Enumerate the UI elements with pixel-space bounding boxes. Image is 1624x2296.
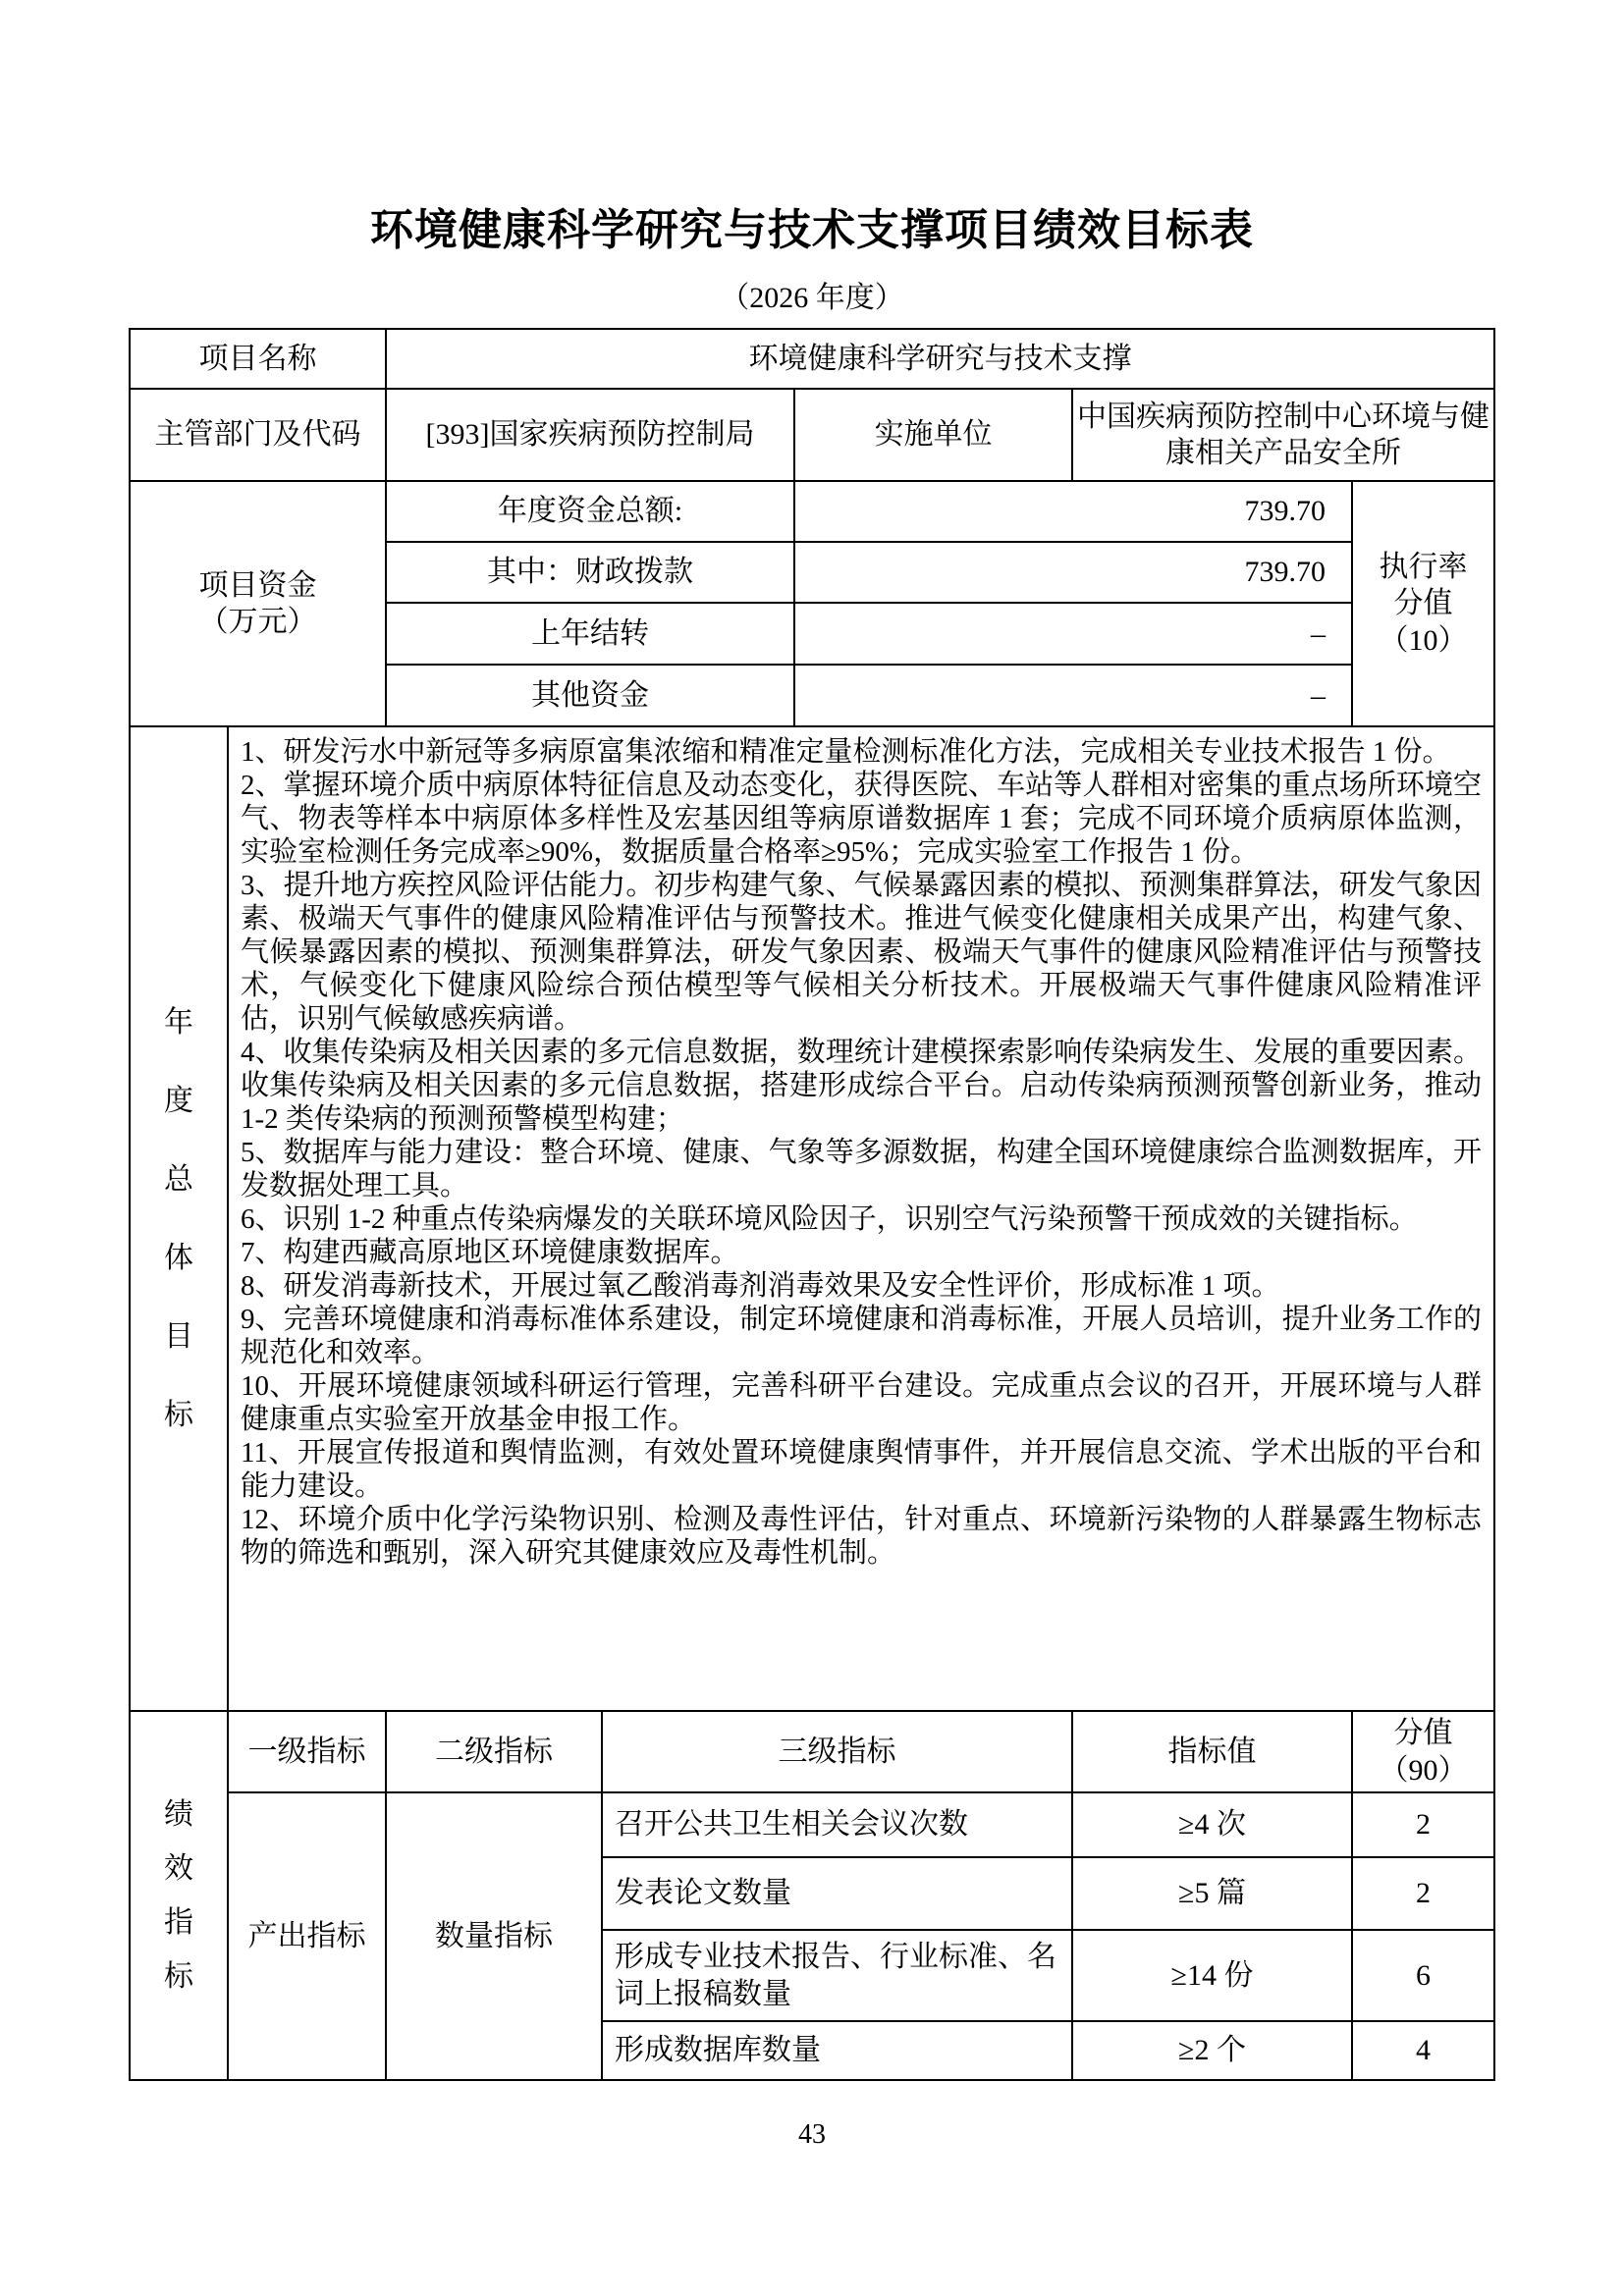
indicator-target: ≥2 个 <box>1072 2021 1352 2080</box>
goal-item: 8、研发消毒新技术，开展过氧乙酸消毒剂消毒效果及安全性评价，形成标准 1 项。 <box>241 1269 1482 1303</box>
department-value: [393]国家疾病预防控制局 <box>386 389 794 481</box>
goal-item: 4、收集传染病及相关因素的多元信息数据，数理统计建模探索影响传染病发生、发展的重… <box>241 1036 1482 1136</box>
funding-total-value: 739.70 <box>794 481 1352 542</box>
department-label: 主管部门及代码 <box>130 389 386 481</box>
funding-row-total: 项目资金 （万元） 年度资金总额: 739.70 执行率 分值 （10） <box>130 481 1494 542</box>
document-subtitle: （2026 年度） <box>0 273 1624 316</box>
document-title: 环境健康科学研究与技术支撑项目绩效目标表 <box>0 0 1624 257</box>
header-level2: 二级指标 <box>386 1711 602 1792</box>
project-name-value: 环境健康科学研究与技术支撑 <box>386 329 1494 389</box>
funding-other-value: – <box>794 665 1352 726</box>
funding-total-label: 年度资金总额: <box>386 481 794 542</box>
indicator-target: ≥4 次 <box>1072 1792 1352 1857</box>
goal-item: 6、识别 1-2 种重点传染病爆发的关联环境风险因子，识别空气污染预警干预成效的… <box>241 1202 1482 1236</box>
implement-unit-label: 实施单位 <box>794 389 1072 481</box>
goal-item: 10、开展环境健康领域科研运行管理，完善科研平台建设。完成重点会议的召开，开展环… <box>241 1369 1482 1436</box>
goal-item: 11、开展宣传报道和舆情监测，有效处置环境健康舆情事件，并开展信息交流、学术出版… <box>241 1436 1482 1503</box>
goal-item: 9、完善环境健康和消毒标准体系建设，制定环境健康和消毒标准，开展人员培训，提升业… <box>241 1303 1482 1369</box>
goal-item: 7、构建西藏高原地区环境健康数据库。 <box>241 1236 1482 1269</box>
goal-item: 12、环境介质中化学污染物识别、检测及毒性评估，针对重点、环境新污染物的人群暴露… <box>241 1503 1482 1570</box>
indicator-target: ≥14 份 <box>1072 1930 1352 2021</box>
indicator-name: 形成专业技术报告、行业标准、名词上报稿数量 <box>602 1930 1072 2021</box>
indicators-header-row: 绩效指标 一级指标 二级指标 三级指标 指标值 分值 （90） <box>130 1711 1494 1792</box>
indicator-score: 4 <box>1352 2021 1494 2080</box>
project-name-row: 项目名称 环境健康科学研究与技术支撑 <box>130 329 1494 389</box>
level1-value: 产出指标 <box>228 1792 386 2080</box>
document-page: 环境健康科学研究与技术支撑项目绩效目标表 （2026 年度） 项目名称 环境健康… <box>0 0 1624 2296</box>
indicator-name: 形成数据库数量 <box>602 2021 1072 2080</box>
level2-value: 数量指标 <box>386 1792 602 2080</box>
annual-goal-label: 年度总体目标 <box>164 984 193 1455</box>
performance-target-table: 项目名称 环境健康科学研究与技术支撑 主管部门及代码 [393]国家疾病预防控制… <box>129 328 1495 2081</box>
annual-goal-label-cell: 年度总体目标 <box>130 726 228 1711</box>
project-name-label: 项目名称 <box>130 329 386 389</box>
indicator-target: ≥5 篇 <box>1072 1857 1352 1930</box>
indicator-name: 召开公共卫生相关会议次数 <box>602 1792 1072 1857</box>
execution-rate-score-label: 执行率 分值 （10） <box>1352 481 1494 726</box>
header-level3: 三级指标 <box>602 1711 1072 1792</box>
funding-label: 项目资金 （万元） <box>130 481 386 726</box>
goal-item: 2、掌握环境介质中病原体特征信息及动态变化，获得医院、车站等人群相对密集的重点场… <box>241 769 1482 869</box>
goal-item: 5、数据库与能力建设：整合环境、健康、气象等多源数据，构建全国环境健康综合监测数… <box>241 1136 1482 1202</box>
funding-fiscal-value: 739.70 <box>794 542 1352 603</box>
funding-fiscal-label: 其中：财政拨款 <box>386 542 794 603</box>
header-score: 分值 （90） <box>1352 1711 1494 1792</box>
indicator-row: 产出指标 数量指标 召开公共卫生相关会议次数 ≥4 次 2 <box>130 1792 1494 1857</box>
indicator-score: 2 <box>1352 1792 1494 1857</box>
indicators-label: 绩效指标 <box>164 1788 193 2003</box>
funding-other-label: 其他资金 <box>386 665 794 726</box>
header-level1: 一级指标 <box>228 1711 386 1792</box>
header-target: 指标值 <box>1072 1711 1352 1792</box>
funding-carryover-label: 上年结转 <box>386 603 794 665</box>
department-row: 主管部门及代码 [393]国家疾病预防控制局 实施单位 中国疾病预防控制中心环境… <box>130 389 1494 481</box>
goal-item: 1、研发污水中新冠等多病原富集浓缩和精准定量检测标准化方法，完成相关专业技术报告… <box>241 735 1482 769</box>
indicator-score: 2 <box>1352 1857 1494 1930</box>
annual-goal-row: 年度总体目标 1、研发污水中新冠等多病原富集浓缩和精准定量检测标准化方法，完成相… <box>130 726 1494 1711</box>
annual-goal-content: 1、研发污水中新冠等多病原富集浓缩和精准定量检测标准化方法，完成相关专业技术报告… <box>228 726 1494 1711</box>
page-number: 43 <box>0 2119 1624 2151</box>
implement-unit-value: 中国疾病预防控制中心环境与健康相关产品安全所 <box>1072 389 1494 481</box>
indicators-label-cell: 绩效指标 <box>130 1711 228 2080</box>
indicator-name: 发表论文数量 <box>602 1857 1072 1930</box>
goal-item: 3、提升地方疾控风险评估能力。初步构建气象、气候暴露因素的模拟、预测集群算法，研… <box>241 869 1482 1036</box>
indicator-score: 6 <box>1352 1930 1494 2021</box>
funding-carryover-value: – <box>794 603 1352 665</box>
